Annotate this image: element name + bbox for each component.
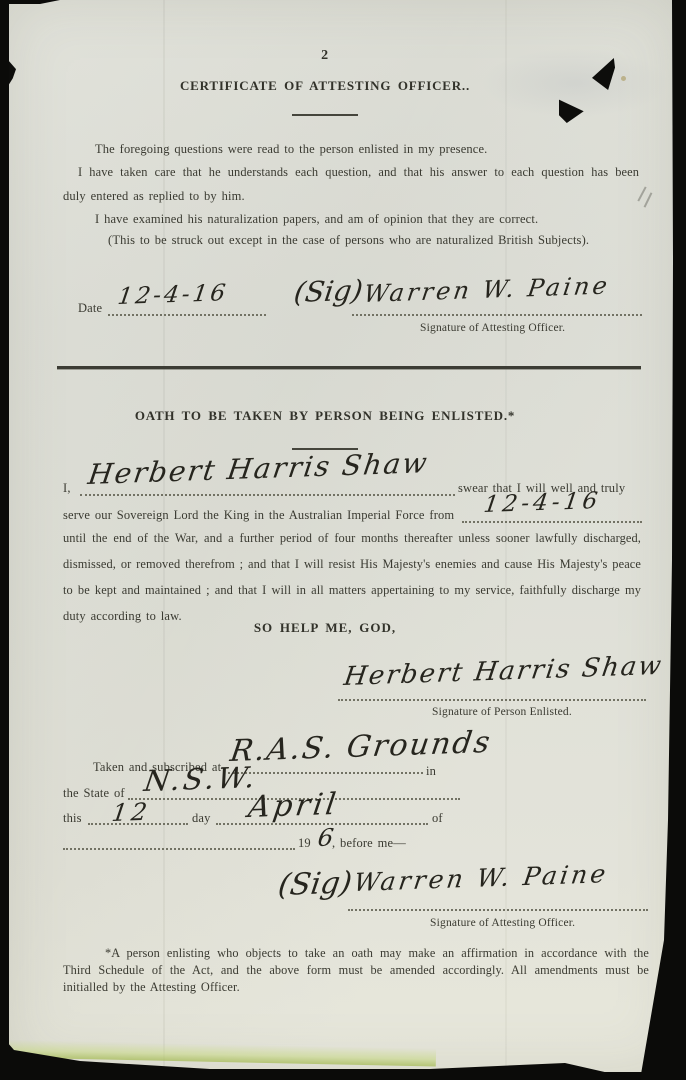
scan-edge-border	[0, 0, 686, 1080]
scanned-document-page: 2 CERTIFICATE OF ATTESTING OFFICER.. The…	[0, 0, 686, 1080]
